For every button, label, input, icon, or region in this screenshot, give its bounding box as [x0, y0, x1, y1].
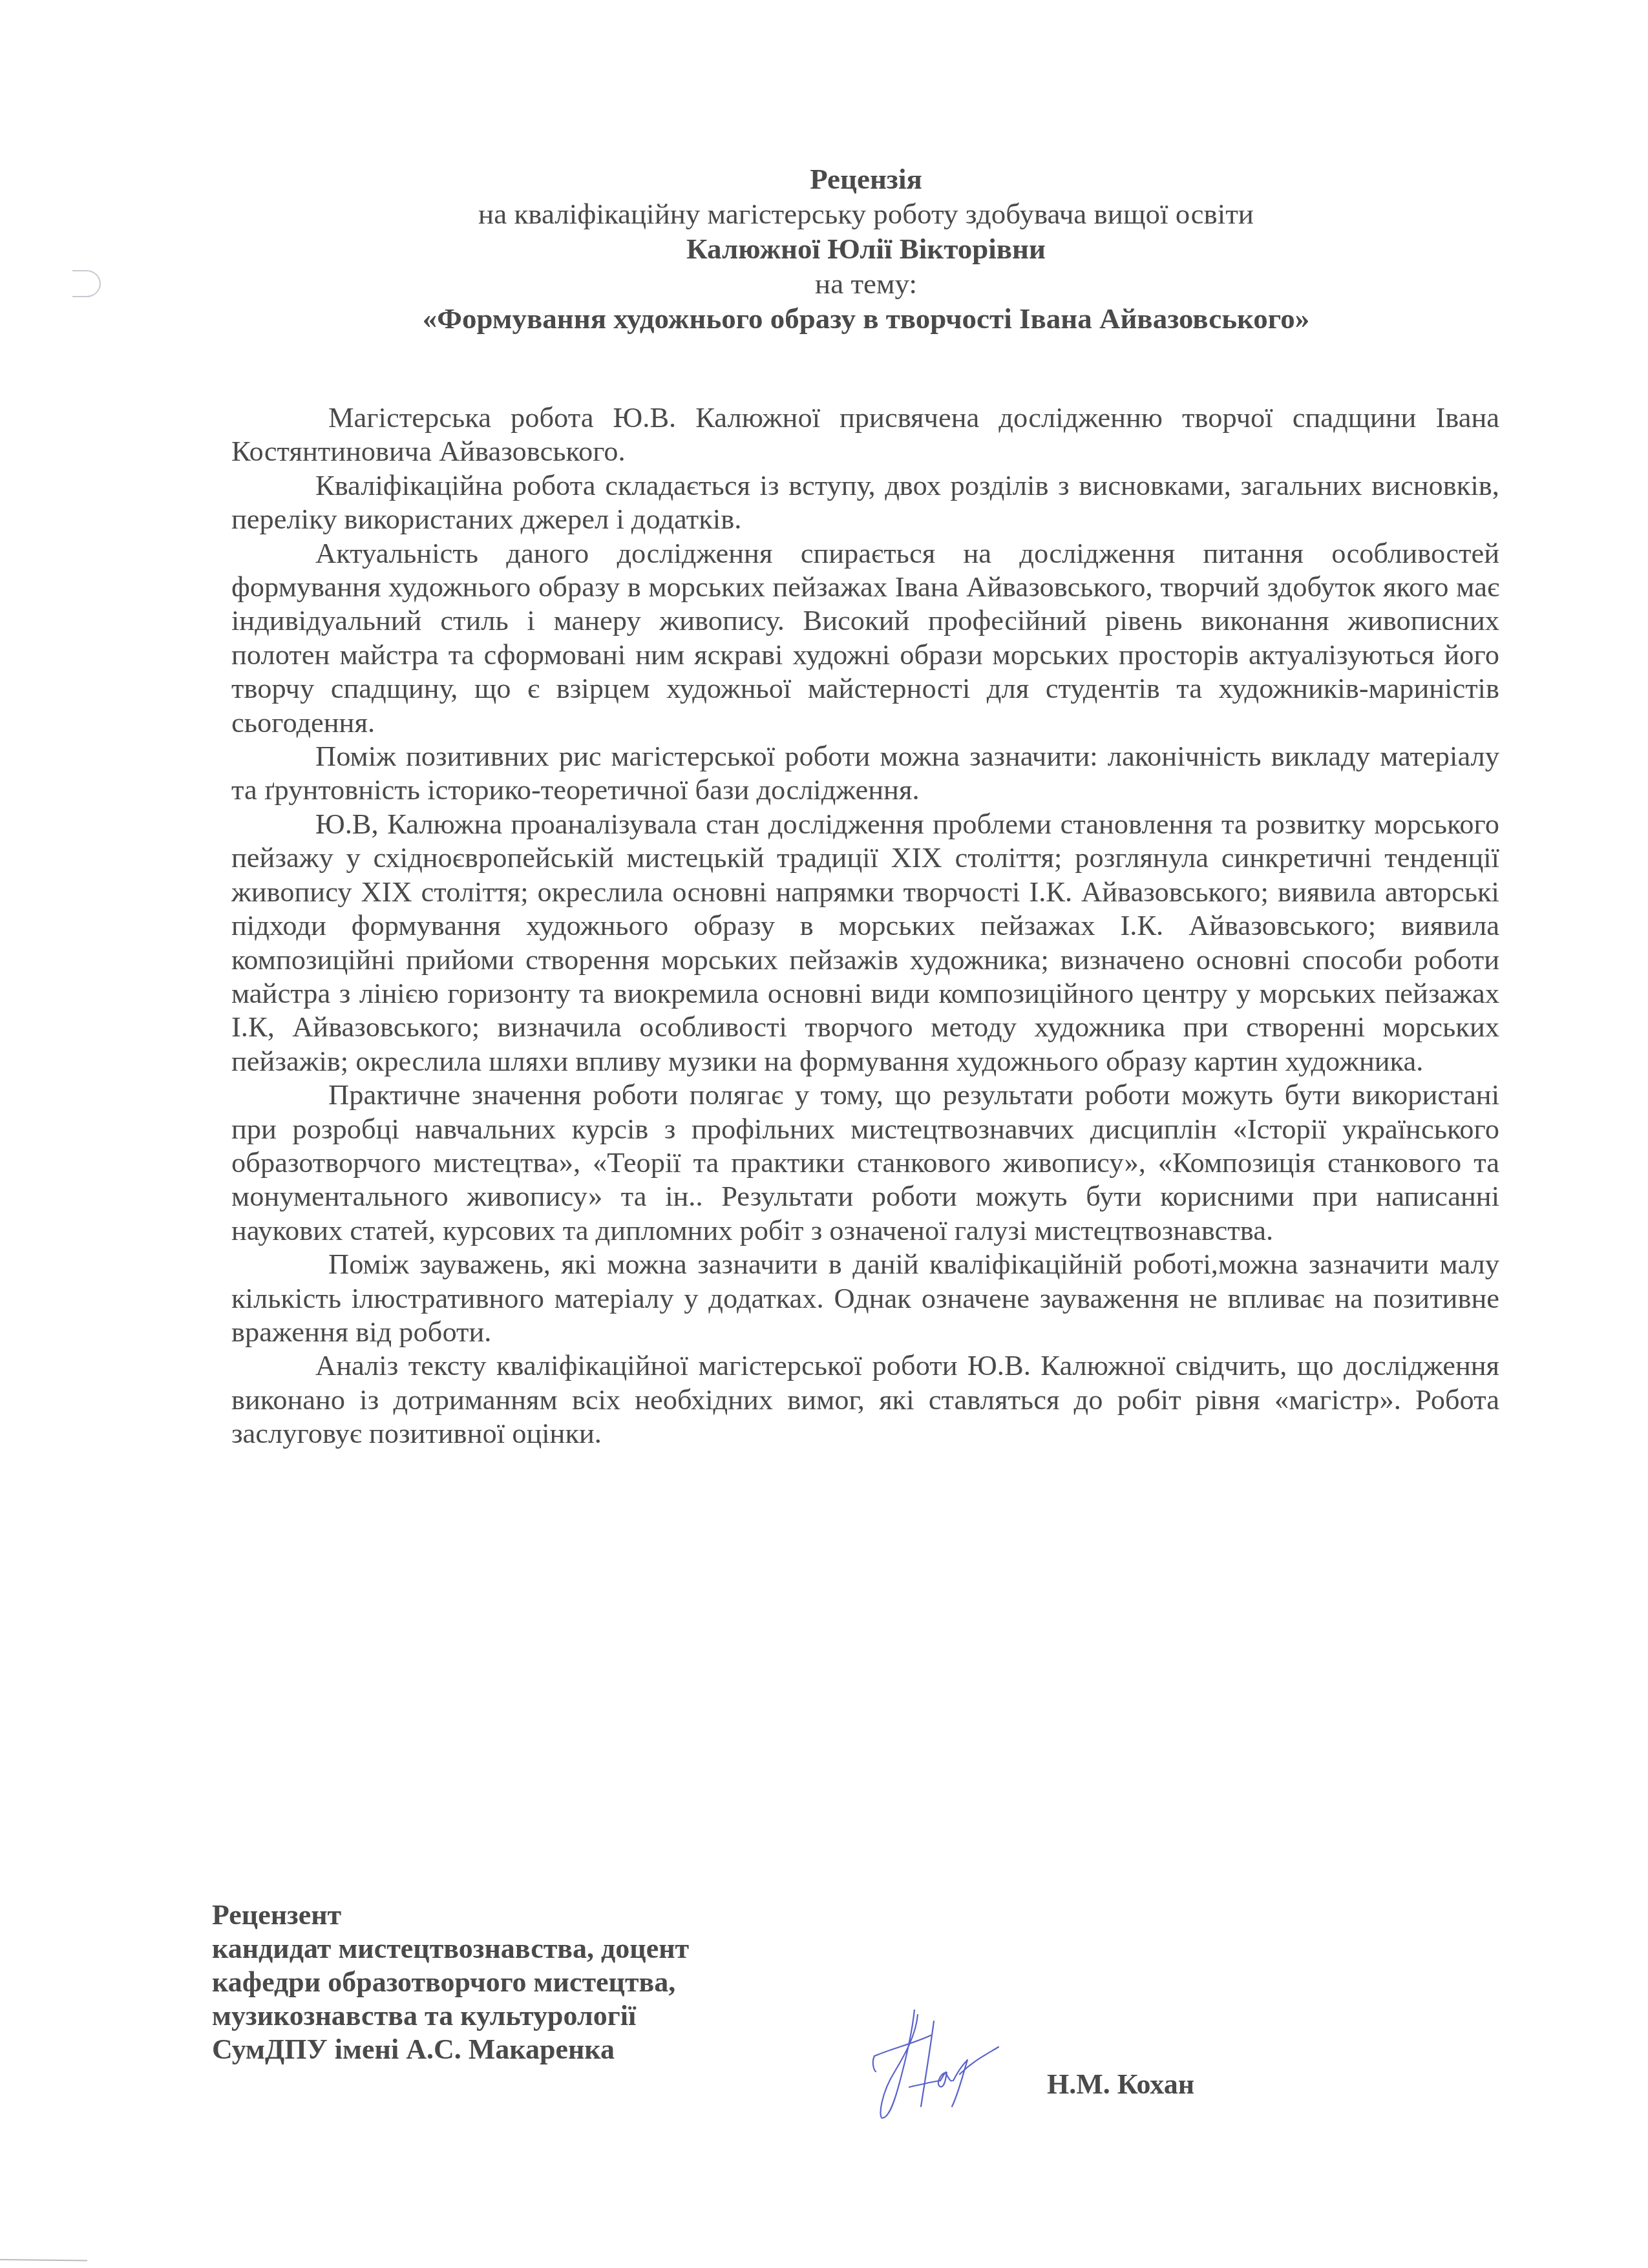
reviewer-role-line: музикознавства та культурології [212, 1999, 689, 2033]
handwritten-signature-icon [869, 2010, 1018, 2119]
scan-edge-line [0, 2259, 87, 2261]
thesis-topic: «Формування художнього образу в творчост… [233, 301, 1499, 336]
review-body: Магістерська робота Ю.В. Калюжної присвя… [231, 401, 1499, 1451]
paragraph-analysis: Ю.В, Калюжна проаналізувала стан дослідж… [231, 807, 1499, 1078]
paragraph-subject: Магістерська робота Ю.В. Калюжної присвя… [231, 401, 1499, 468]
review-header: Рецензія на кваліфікаційну магістерську … [233, 162, 1499, 336]
topic-label: на тему: [233, 266, 1499, 301]
paragraph-conclusion: Аналіз тексту кваліфікаційної магістерсь… [231, 1349, 1499, 1450]
document-page: Рецензія на кваліфікаційну магістерську … [0, 0, 1648, 2268]
reviewer-role-line: кафедри образотворчого мистецтва, [212, 1966, 689, 1999]
paragraph-structure: Кваліфікаційна робота складається із вст… [231, 468, 1499, 536]
paragraph-relevance: Актуальність даного дослідження спираєть… [231, 536, 1499, 739]
reviewer-label: Рецензент [212, 1898, 689, 1932]
reviewer-role-line: кандидат мистецтвознавства, доцент [212, 1932, 689, 1966]
paragraph-remarks: Поміж зауважень, які можна зазначити в д… [231, 1247, 1499, 1349]
punch-hole-mark-icon [72, 270, 101, 297]
document-subtitle: на кваліфікаційну магістерську роботу зд… [233, 196, 1499, 231]
reviewer-block: Рецензент кандидат мистецтвознавства, до… [212, 1898, 689, 2066]
reviewer-name: Н.М. Кохан [1047, 2068, 1194, 2101]
paragraph-practical-value: Практичне значення роботи полягає у тому… [231, 1078, 1499, 1247]
student-name: Калюжної Юлії Вікторівни [233, 231, 1499, 266]
reviewer-role-line: СумДПУ імені А.С. Макаренка [212, 2033, 689, 2066]
document-title: Рецензія [233, 162, 1499, 196]
paragraph-strengths: Поміж позитивних рис магістерської робот… [231, 739, 1499, 807]
